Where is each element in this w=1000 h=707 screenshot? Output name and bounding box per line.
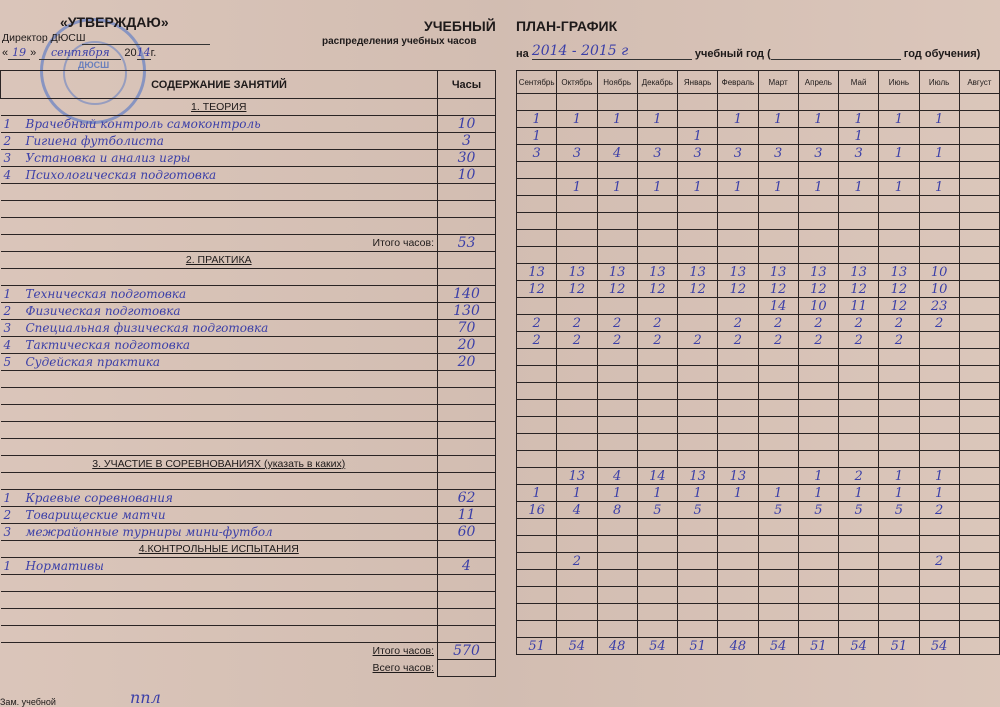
monthly-total-cell: 54 [758, 638, 798, 655]
table-row: 2Физическая подготовка130 [1, 303, 496, 320]
year-suffix: год обучения) [904, 48, 981, 60]
all-total-value [438, 660, 496, 677]
schedule-cell [517, 179, 557, 196]
monthly-total-cell: 54 [557, 638, 597, 655]
schedule-row: 11111111111 [517, 485, 1000, 502]
schedule-cell: 1 [557, 179, 597, 196]
blank-row [1, 439, 496, 456]
schedule-cell: 1 [879, 485, 919, 502]
monthly-total-cell: 51 [678, 638, 718, 655]
schedule-cell: 13 [839, 264, 879, 281]
schedule-cell: 14 [758, 298, 798, 315]
schedule-cell: 13 [798, 264, 838, 281]
date-day: 19 [8, 46, 30, 60]
item-name: Товарищеские матчи [26, 508, 166, 522]
blank-row [1, 575, 496, 592]
blank-row [517, 230, 1000, 247]
blank-row [517, 570, 1000, 587]
item-num: 1 [4, 491, 26, 505]
schedule-cell [517, 468, 557, 485]
schedule-cell: 12 [678, 281, 718, 298]
schedule-cell [959, 281, 999, 298]
schedule-cell [637, 298, 677, 315]
schedule-cell [959, 145, 999, 162]
theory-total-value: 53 [438, 235, 496, 252]
item-name: Специальная физическая подготовка [26, 321, 269, 335]
item-name: Нормативы [26, 559, 104, 573]
schedule-row: 2222222222 [517, 332, 1000, 349]
item-hours: 30 [438, 150, 496, 167]
schedule-cell [597, 553, 637, 570]
footer-note: Зам. учебной [0, 697, 56, 707]
schedule-row: 1341413131211 [517, 468, 1000, 485]
schedule-cell [798, 553, 838, 570]
blank-row [517, 451, 1000, 468]
schedule-cell [718, 162, 758, 179]
all-total-label: Всего часов: [373, 662, 434, 674]
schedule-cell: 2 [919, 553, 959, 570]
schedule-cell: 5 [879, 502, 919, 519]
schedule-cell [879, 128, 919, 145]
item-num: 5 [4, 355, 26, 369]
all-total-row: Всего часов: [1, 660, 496, 677]
schedule-cell: 3 [517, 145, 557, 162]
item-num: 1 [4, 117, 26, 131]
table-row: 3межрайонные турниры мини-футбол60 [1, 524, 496, 541]
schedule-cell: 14 [637, 468, 677, 485]
schedule-cell: 3 [557, 145, 597, 162]
schedule-row: 1313131313131313131310 [517, 264, 1000, 281]
table-row: 1Техническая подготовка140 [1, 286, 496, 303]
schedule-cell [959, 298, 999, 315]
schedule-cell [678, 298, 718, 315]
director-label: Директор ДЮСШ [2, 32, 85, 44]
blank-row [517, 213, 1000, 230]
table-row: 4Тактическая подготовка20 [1, 337, 496, 354]
section-row: 2. ПРАКТИКА [1, 252, 496, 269]
table-row: 1Нормативы4 [1, 558, 496, 575]
study-year-value [771, 47, 901, 60]
schedule-cell: 1 [517, 111, 557, 128]
schedule-cell: 1 [919, 111, 959, 128]
schedule-cell: 5 [798, 502, 838, 519]
schedule-cell: 2 [718, 332, 758, 349]
schedule-cell: 1 [758, 111, 798, 128]
schedule-cell: 10 [919, 264, 959, 281]
section-title-competitions: 3. УЧАСТИЕ В СОРЕВНОВАНИЯХ (указать в ка… [1, 456, 438, 473]
item-num: 2 [4, 134, 26, 148]
item-hours: 62 [438, 490, 496, 507]
schedule-cell [959, 264, 999, 281]
schedule-cell: 1 [798, 111, 838, 128]
schedule-cell: 2 [517, 315, 557, 332]
item-num: 1 [4, 287, 26, 301]
item-num: 2 [4, 304, 26, 318]
schedule-cell [959, 128, 999, 145]
col-hours-header: Часы [438, 71, 496, 99]
schedule-cell [678, 111, 718, 128]
item-num: 1 [4, 559, 26, 573]
month-header-1: Октябрь [557, 71, 597, 94]
schedule-cell: 1 [839, 111, 879, 128]
schedule-cell [959, 485, 999, 502]
schedule-cell [718, 502, 758, 519]
blank-row [1, 473, 496, 490]
schedule-cell [959, 111, 999, 128]
schedule-cell: 2 [637, 332, 677, 349]
item-num: 2 [4, 508, 26, 522]
schedule-cell: 2 [839, 315, 879, 332]
approval-date: «19» сентября 2014г. [2, 46, 156, 60]
date-suffix: г. [151, 47, 157, 59]
blank-row [517, 383, 1000, 400]
schedule-cell: 1 [678, 128, 718, 145]
schedule-cell [637, 553, 677, 570]
blank-row [1, 269, 496, 286]
schedule-cell: 13 [758, 264, 798, 281]
schedule-cell: 10 [798, 298, 838, 315]
title-left: УЧЕБНЫЙ [424, 18, 496, 34]
schedule-row: 111 [517, 128, 1000, 145]
schedule-cell [557, 162, 597, 179]
schedule-cell [758, 162, 798, 179]
schedule-cell: 1 [839, 179, 879, 196]
monthly-total-cell: 54 [919, 638, 959, 655]
schedule-cell: 1 [758, 485, 798, 502]
schedule-grid: СентябрьОктябрьНоябрьДекабрьЯнварьФеврал… [516, 70, 1000, 655]
date-century: 20 [124, 47, 136, 59]
schedule-cell: 4 [557, 502, 597, 519]
director-signature-line [82, 44, 210, 45]
blank-row [517, 366, 1000, 383]
item-name: Краевые соревнования [26, 491, 173, 505]
schedule-cell: 1 [718, 179, 758, 196]
schedule-cell: 12 [517, 281, 557, 298]
table-row: 1Краевые соревнования62 [1, 490, 496, 507]
schedule-cell [879, 553, 919, 570]
schedule-cell: 13 [718, 468, 758, 485]
item-name: Врачебный контроль самоконтроль [26, 117, 261, 131]
schedule-cell [959, 315, 999, 332]
schedule-cell [839, 553, 879, 570]
schedule-cell: 4 [597, 468, 637, 485]
item-hours: 10 [438, 167, 496, 184]
schedule-cell: 12 [597, 281, 637, 298]
schedule-cell: 13 [678, 264, 718, 281]
item-num: 3 [4, 525, 26, 539]
schedule-cell [919, 128, 959, 145]
schedule-row: 1212121212121212121210 [517, 281, 1000, 298]
month-header-5: Февраль [718, 71, 758, 94]
schedule-cell: 2 [879, 315, 919, 332]
schedule-cell: 1 [879, 111, 919, 128]
schedule-cell: 1 [798, 468, 838, 485]
schedule-cell: 1 [879, 468, 919, 485]
monthly-total-cell: 54 [839, 638, 879, 655]
schedule-cell: 1 [597, 485, 637, 502]
item-hours: 70 [438, 320, 496, 337]
schedule-cell: 2 [798, 315, 838, 332]
schedule-cell: 1 [718, 111, 758, 128]
schedule-cell: 1 [637, 179, 677, 196]
item-hours: 130 [438, 303, 496, 320]
year-middle: учебный год ( [695, 48, 771, 60]
schedule-cell: 16 [517, 502, 557, 519]
monthly-total-cell: 51 [879, 638, 919, 655]
section-title-theory: 1. ТЕОРИЯ [1, 99, 438, 116]
schedule-row [517, 162, 1000, 179]
schedule-cell [678, 553, 718, 570]
schedule-cell: 12 [879, 298, 919, 315]
schedule-row: 22 [517, 553, 1000, 570]
item-name: Судейская практика [26, 355, 161, 369]
schedule-cell [758, 468, 798, 485]
schedule-cell: 1 [678, 179, 718, 196]
schedule-cell [557, 298, 597, 315]
date-month: сентября [39, 46, 121, 60]
blank-row [1, 405, 496, 422]
item-hours: 140 [438, 286, 496, 303]
schedule-cell: 3 [678, 145, 718, 162]
schedule-cell [919, 162, 959, 179]
section-row: 4.КОНТРОЛЬНЫЕ ИСПЫТАНИЯ [1, 541, 496, 558]
schedule-cell: 5 [839, 502, 879, 519]
schedule-cell [839, 162, 879, 179]
table-row: 2Гигиена футболиста3 [1, 133, 496, 150]
item-hours: 60 [438, 524, 496, 541]
schedule-cell [959, 502, 999, 519]
schedule-cell: 2 [798, 332, 838, 349]
date-close-quote: » [30, 47, 36, 59]
blank-row [1, 609, 496, 626]
content-table: СОДЕРЖАНИЕ ЗАНЯТИЙ Часы 1. ТЕОРИЯ 1Враче… [0, 70, 496, 677]
blank-row [517, 434, 1000, 451]
item-hours: 11 [438, 507, 496, 524]
monthly-totals-row: 5154485451485451545154 [517, 638, 1000, 655]
month-header-11: Август [959, 71, 999, 94]
grand-total-value: 570 [438, 643, 496, 660]
schedule-cell: 1 [517, 128, 557, 145]
schedule-cell: 3 [798, 145, 838, 162]
month-header-6: Март [758, 71, 798, 94]
schedule-cell [758, 553, 798, 570]
schedule-cell: 1 [879, 145, 919, 162]
schedule-cell [758, 128, 798, 145]
schedule-cell [637, 128, 677, 145]
item-num: 4 [4, 338, 26, 352]
schedule-cell [597, 162, 637, 179]
schedule-cell: 2 [597, 315, 637, 332]
schedule-cell: 1 [798, 179, 838, 196]
month-header-9: Июнь [879, 71, 919, 94]
schedule-cell: 1 [557, 111, 597, 128]
schedule-cell: 23 [919, 298, 959, 315]
item-hours: 20 [438, 337, 496, 354]
item-hours: 10 [438, 116, 496, 133]
blank-row [517, 94, 1000, 111]
item-name: Психологическая подготовка [26, 168, 217, 182]
schedule-cell [718, 298, 758, 315]
schedule-cell [557, 128, 597, 145]
schedule-cell: 12 [718, 281, 758, 298]
schedule-cell [597, 128, 637, 145]
schedule-cell [879, 162, 919, 179]
item-name: Тактическая подготовка [26, 338, 191, 352]
blank-row [517, 587, 1000, 604]
blank-row [1, 422, 496, 439]
schedule-cell: 1 [597, 111, 637, 128]
schedule-cell [718, 553, 758, 570]
footer-signature: ппл [130, 688, 161, 707]
table-row: 3Установка и анализ игры30 [1, 150, 496, 167]
schedule-cell: 1 [678, 485, 718, 502]
schedule-cell [678, 315, 718, 332]
schedule-cell: 13 [557, 264, 597, 281]
schedule-cell: 2 [678, 332, 718, 349]
schedule-cell: 2 [517, 332, 557, 349]
schedule-cell: 2 [879, 332, 919, 349]
schedule-cell [517, 162, 557, 179]
schedule-cell: 4 [597, 145, 637, 162]
monthly-total-cell [959, 638, 999, 655]
schedule-cell: 1 [758, 179, 798, 196]
schedule-cell: 1 [839, 128, 879, 145]
schedule-cell: 1 [798, 485, 838, 502]
monthly-total-cell: 48 [718, 638, 758, 655]
blank-row [517, 519, 1000, 536]
total-row: Итого часов:53 [1, 235, 496, 252]
schedule-row: 2222222222 [517, 315, 1000, 332]
month-header-4: Январь [678, 71, 718, 94]
schedule-cell: 2 [557, 553, 597, 570]
stamp-text: ДЮСШ [78, 60, 109, 70]
table-row: 1Врачебный контроль самоконтроль10 [1, 116, 496, 133]
item-num: 4 [4, 168, 26, 182]
blank-row [517, 417, 1000, 434]
table-row: 2Товарищеские матчи11 [1, 507, 496, 524]
schedule-cell: 2 [839, 468, 879, 485]
schedule-cell [718, 128, 758, 145]
schedule-cell: 8 [597, 502, 637, 519]
schedule-cell [517, 553, 557, 570]
table-row: 5Судейская практика20 [1, 354, 496, 371]
schedule-cell: 13 [879, 264, 919, 281]
schedule-cell: 2 [919, 315, 959, 332]
schedule-cell [959, 553, 999, 570]
academic-year-value: 2014 - 2015 г [532, 43, 692, 60]
year-prefix: на [516, 48, 529, 60]
schedule-cell [517, 298, 557, 315]
schedule-cell [798, 162, 838, 179]
date-year: 14 [137, 46, 151, 60]
schedule-cell: 2 [839, 332, 879, 349]
schedule-cell: 12 [798, 281, 838, 298]
item-num: 3 [4, 151, 26, 165]
schedule-cell: 2 [758, 315, 798, 332]
schedule-cell: 13 [557, 468, 597, 485]
item-name: межрайонные турниры мини-футбол [26, 525, 273, 539]
schedule-cell: 12 [879, 281, 919, 298]
schedule-cell: 12 [557, 281, 597, 298]
schedule-cell: 1 [919, 179, 959, 196]
blank-row [517, 247, 1000, 264]
schedule-cell: 1 [637, 111, 677, 128]
schedule-cell: 3 [839, 145, 879, 162]
schedule-cell: 5 [678, 502, 718, 519]
schedule-cell [959, 332, 999, 349]
monthly-total-cell: 54 [637, 638, 677, 655]
schedule-cell: 2 [557, 332, 597, 349]
schedule-cell: 2 [557, 315, 597, 332]
schedule-cell: 2 [597, 332, 637, 349]
item-hours: 20 [438, 354, 496, 371]
blank-row [517, 536, 1000, 553]
schedule-cell: 1 [919, 468, 959, 485]
blank-row [1, 388, 496, 405]
month-header-10: Июль [919, 71, 959, 94]
schedule-cell [597, 298, 637, 315]
item-name: Техническая подготовка [26, 287, 187, 301]
academic-year-row: на 2014 - 2015 г учебный год ( год обуче… [516, 43, 980, 60]
schedule-row: 1111111111 [517, 111, 1000, 128]
blank-row [517, 349, 1000, 366]
schedule-cell [798, 128, 838, 145]
theory-total-label: Итого часов: [1, 235, 438, 252]
section-title-practice: 2. ПРАКТИКА [1, 252, 438, 269]
schedule-cell [919, 332, 959, 349]
blank-row [517, 604, 1000, 621]
schedule-cell: 13 [597, 264, 637, 281]
month-header-3: Декабрь [637, 71, 677, 94]
section-title-control-tests: 4.КОНТРОЛЬНЫЕ ИСПЫТАНИЯ [1, 541, 438, 558]
schedule-cell: 12 [758, 281, 798, 298]
schedule-cell: 2 [637, 315, 677, 332]
item-hours: 3 [438, 133, 496, 150]
schedule-cell [678, 162, 718, 179]
blank-row [1, 218, 496, 235]
subtitle-left: распределения учебных часов [322, 36, 477, 47]
month-header-row: СентябрьОктябрьНоябрьДекабрьЯнварьФеврал… [517, 71, 1000, 94]
schedule-cell: 5 [637, 502, 677, 519]
schedule-cell: 13 [517, 264, 557, 281]
month-header-7: Апрель [798, 71, 838, 94]
schedule-cell: 3 [637, 145, 677, 162]
schedule-cell: 11 [839, 298, 879, 315]
schedule-cell: 1 [718, 485, 758, 502]
blank-row [1, 201, 496, 218]
schedule-row: 33433333311 [517, 145, 1000, 162]
blank-row [517, 621, 1000, 638]
blank-row [517, 400, 1000, 417]
schedule-cell: 13 [718, 264, 758, 281]
schedule-row: 16485555552 [517, 502, 1000, 519]
schedule-cell: 13 [637, 264, 677, 281]
schedule-cell: 3 [758, 145, 798, 162]
blank-row [1, 592, 496, 609]
schedule-cell: 1 [557, 485, 597, 502]
blank-row [517, 196, 1000, 213]
schedule-cell: 12 [839, 281, 879, 298]
schedule-cell [959, 179, 999, 196]
blank-row [1, 184, 496, 201]
schedule-cell: 1 [879, 179, 919, 196]
schedule-cell [959, 468, 999, 485]
section-row: 3. УЧАСТИЕ В СОРЕВНОВАНИЯХ (указать в ка… [1, 456, 496, 473]
schedule-cell: 5 [758, 502, 798, 519]
table-row: 4Психологическая подготовка10 [1, 167, 496, 184]
month-header-0: Сентябрь [517, 71, 557, 94]
schedule-cell [637, 162, 677, 179]
